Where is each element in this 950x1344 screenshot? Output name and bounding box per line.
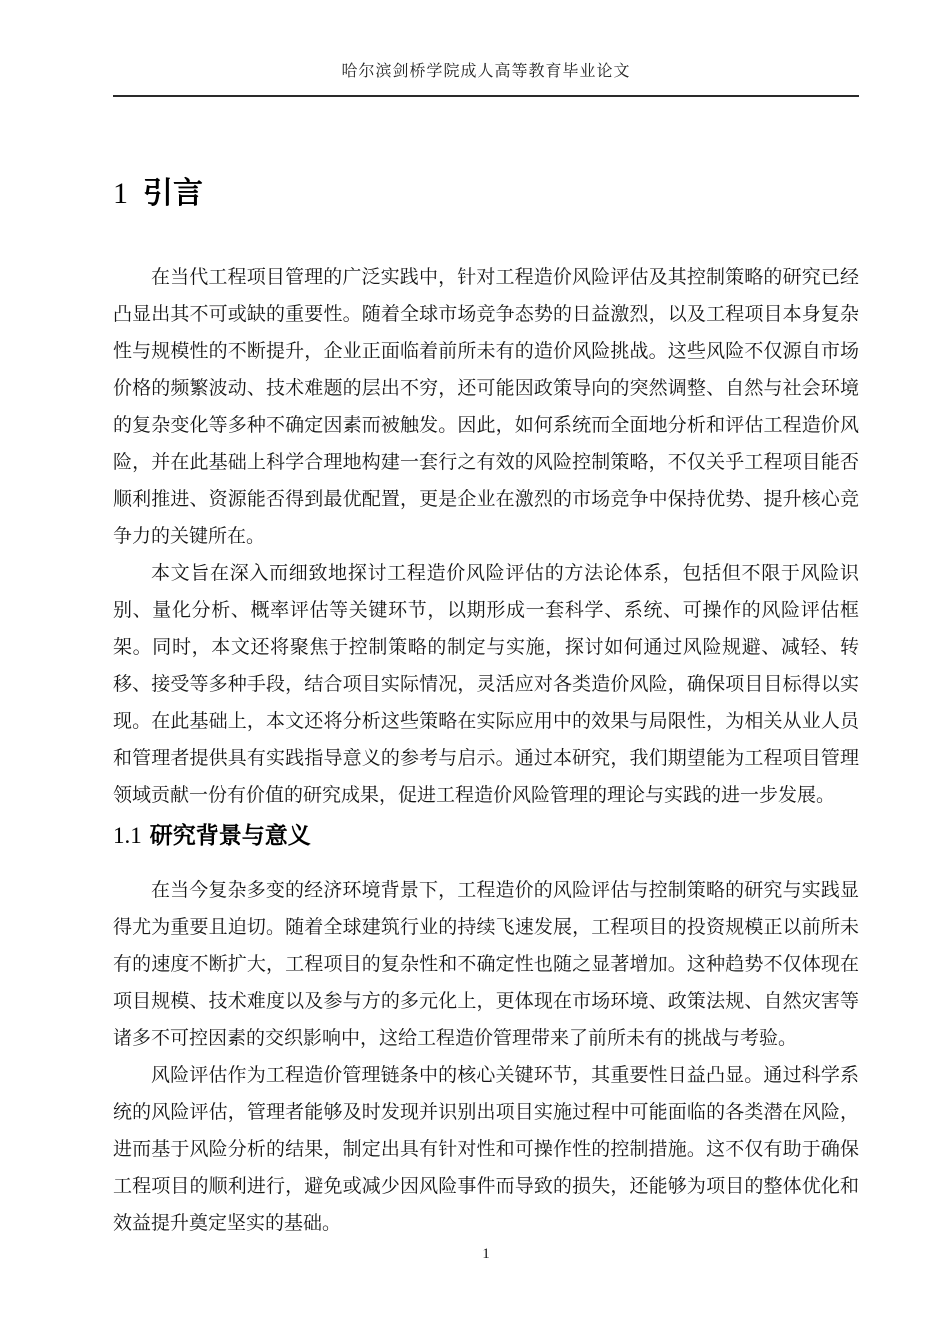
chapter-title: 引言 xyxy=(143,176,203,211)
section-heading: 1.1研究背景与意义 xyxy=(113,822,950,850)
section-paragraph-1: 在当今复杂多变的经济环境背景下，工程造价的风险评估与控制策略的研究与实践显得尤为… xyxy=(113,872,859,1057)
section-paragraph-2: 风险评估作为工程造价管理链条中的核心关键环节，其重要性日益凸显。通过科学系统的风… xyxy=(113,1057,859,1242)
section-number: 1.1 xyxy=(113,823,142,848)
chapter-heading: 1引言 xyxy=(113,177,950,211)
header-divider xyxy=(113,95,859,97)
chapter-number: 1 xyxy=(113,177,128,210)
running-head: 哈尔滨剑桥学院成人高等教育毕业论文 xyxy=(113,62,859,82)
page-footer: 1 xyxy=(113,1246,859,1263)
chapter-paragraph-1: 在当代工程项目管理的广泛实践中，针对工程造价风险评估及其控制策略的研究已经凸显出… xyxy=(113,259,859,555)
page-number: 1 xyxy=(482,1246,490,1262)
chapter-paragraph-2: 本文旨在深入而细致地探讨工程造价风险评估的方法论体系，包括但不限于风险识别、量化… xyxy=(113,555,859,814)
document-page: 哈尔滨剑桥学院成人高等教育毕业论文 1引言 在当代工程项目管理的广泛实践中，针对… xyxy=(0,0,950,1344)
section-title: 研究背景与意义 xyxy=(150,823,311,849)
